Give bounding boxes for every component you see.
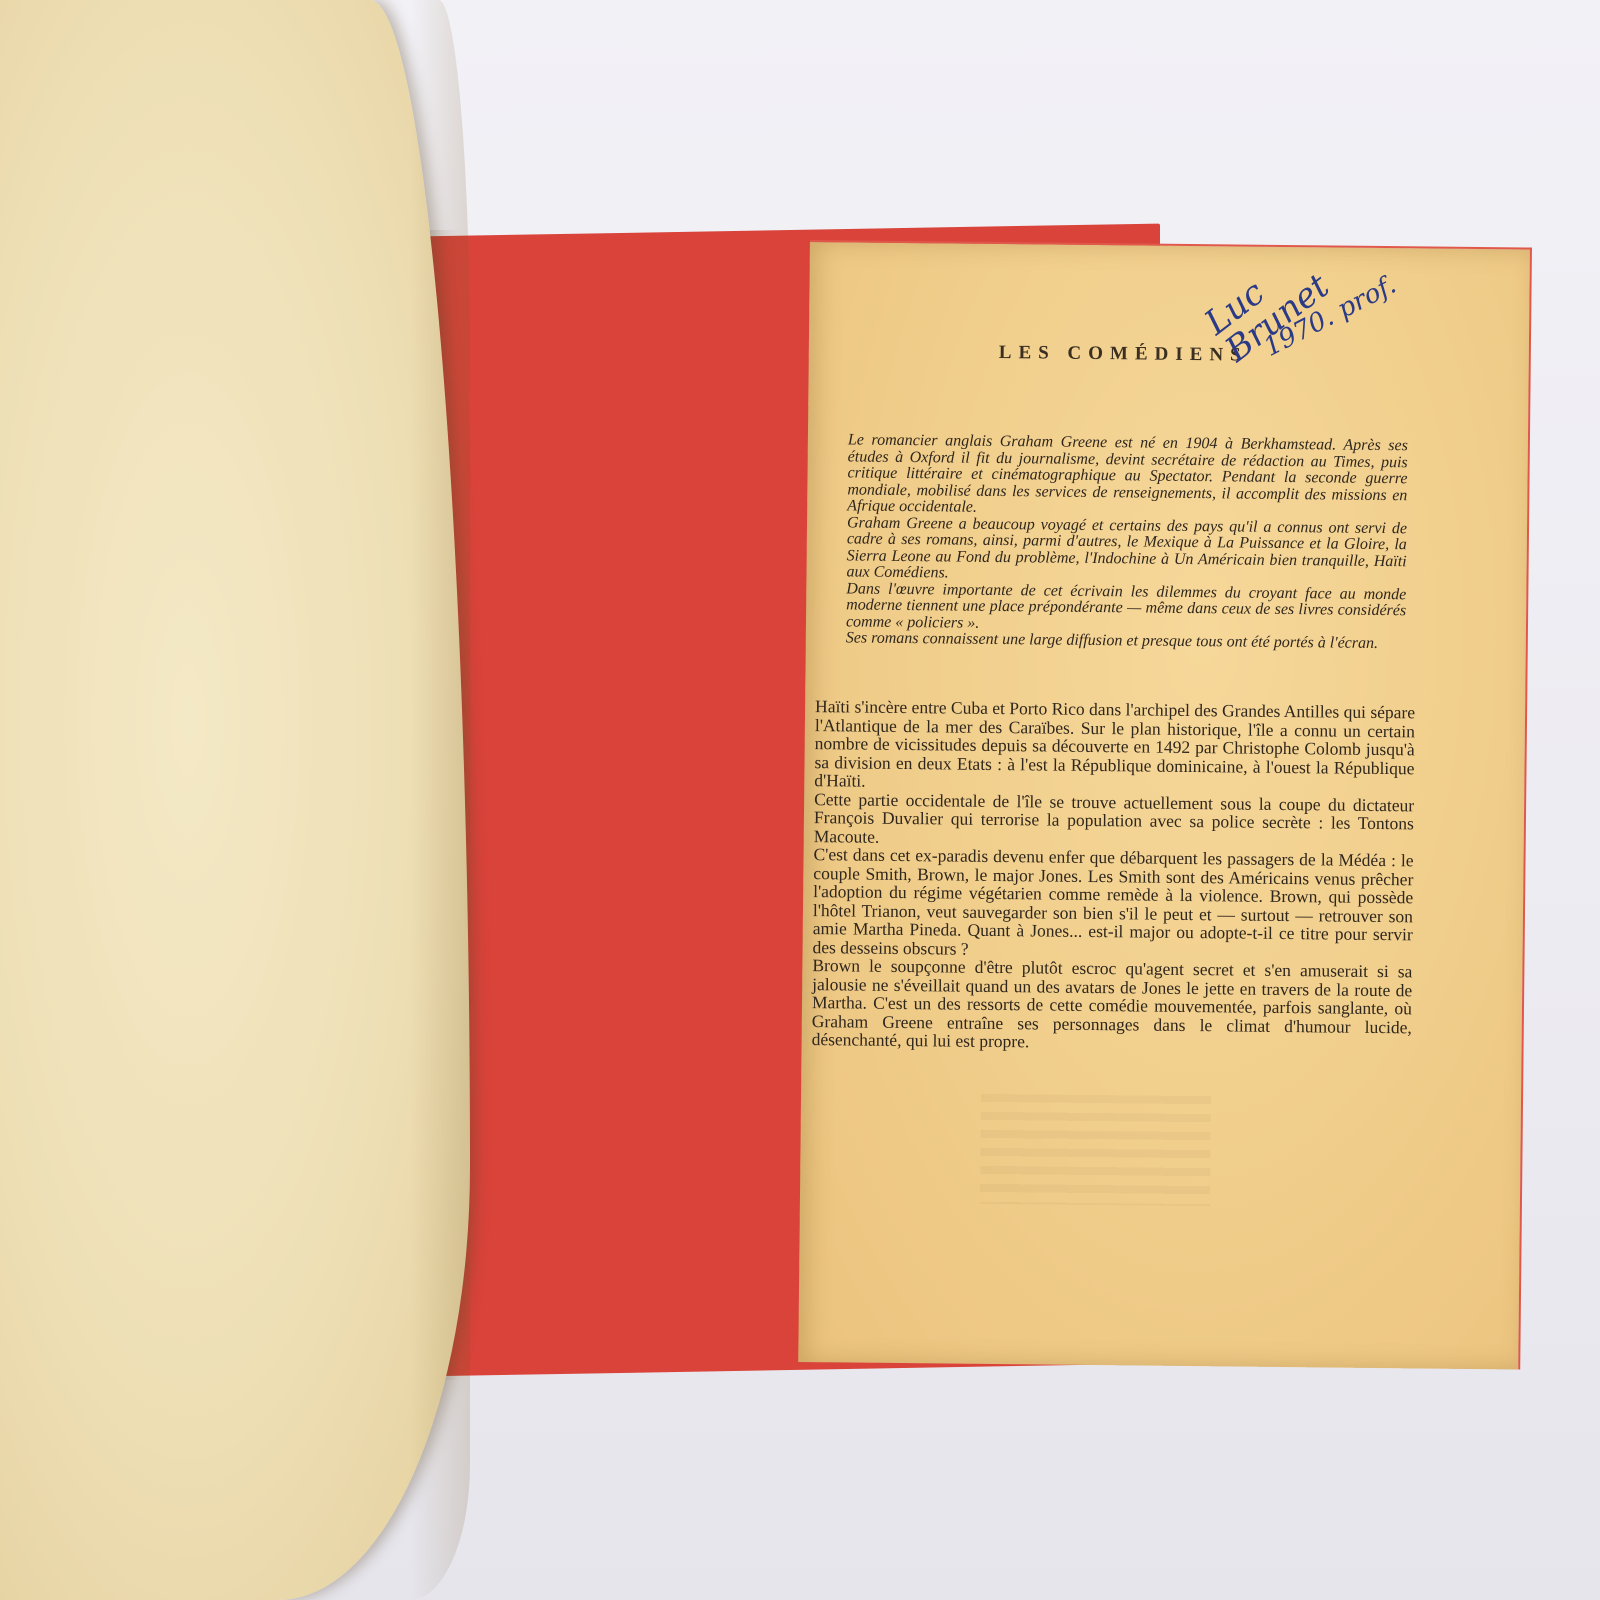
book-title: LES COMÉDIENS (999, 342, 1248, 367)
left-page-curl (0, 0, 470, 1600)
right-page: LES COMÉDIENS Luc Brunet 1970. prof. Le … (410, 240, 1535, 1370)
show-through-text (980, 1094, 1211, 1206)
summary-paragraph: Cette partie occidentale de l'île se tro… (814, 790, 1415, 852)
page-paper: LES COMÉDIENS Luc Brunet 1970. prof. Le … (798, 240, 1532, 1369)
bio-paragraph: Graham Greene a beaucoup voyagé et certa… (846, 515, 1407, 587)
handwritten-signature: Luc Brunet 1970. prof. (1199, 198, 1429, 417)
book-summary: Haïti s'incère entre Cuba et Porto Rico … (812, 697, 1416, 1055)
summary-paragraph: Brown le soupçonne d'être plutôt escroc … (812, 956, 1413, 1055)
bio-paragraph: Le romancier anglais Graham Greene est n… (847, 432, 1408, 520)
bio-paragraph: Ses romans connaissent une large diffusi… (846, 630, 1406, 652)
summary-paragraph: Haïti s'incère entre Cuba et Porto Rico … (814, 697, 1415, 796)
summary-paragraph: C'est dans cet ex-paradis devenu enfer q… (813, 845, 1414, 962)
bio-paragraph: Dans l'œuvre importante de cet écrivain … (846, 581, 1406, 636)
author-bio: Le romancier anglais Graham Greene est n… (846, 432, 1408, 652)
